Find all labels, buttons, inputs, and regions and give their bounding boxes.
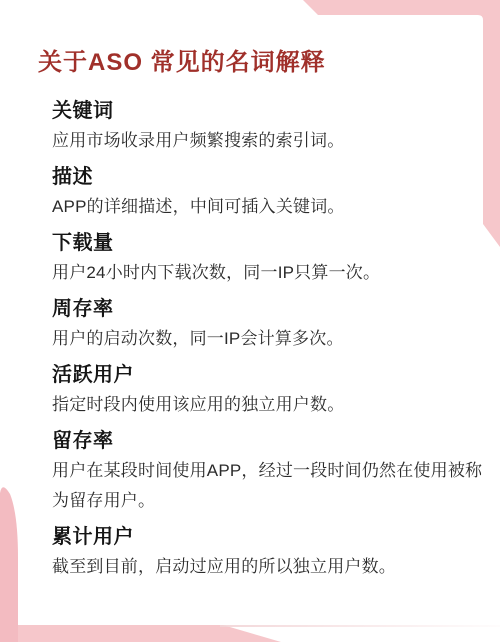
term-heading: 周存率 [52,294,486,324]
term-heading: 活跃用户 [52,360,486,390]
term-heading: 关键词 [52,96,486,126]
term-definition: 指定时段内使用该应用的独立用户数。 [52,390,486,420]
infographic-card: 关于ASO 常见的名词解释 关键词 应用市场收录用户频繁搜索的索引词。 描述 A… [0,0,500,642]
glossary-item: 周存率 用户的启动次数，同一IP会计算多次。 [52,294,486,354]
glossary-item: 累计用户 截至到目前，启动过应用的所以独立用户数。 [52,522,486,582]
term-definition: 用户24小时内下载次数，同一IP只算一次。 [52,258,486,288]
glossary-list: 关键词 应用市场收录用户频繁搜索的索引词。 描述 APP的详细描述，中间可插入关… [52,90,486,582]
term-heading: 留存率 [52,426,486,456]
bottom-band-shape [0,625,281,642]
term-heading: 累计用户 [52,522,486,552]
page-title: 关于ASO 常见的名词解释 [38,42,326,77]
glossary-item: 关键词 应用市场收录用户频繁搜索的索引词。 [52,96,486,156]
term-definition: 用户的启动次数，同一IP会计算多次。 [52,324,486,354]
card-bottom-edge [220,625,500,627]
term-heading: 描述 [52,162,486,192]
glossary-item: 下载量 用户24小时内下载次数，同一IP只算一次。 [52,228,486,288]
term-definition: 截至到目前，启动过应用的所以独立用户数。 [52,552,486,582]
term-definition: APP的详细描述，中间可插入关键词。 [52,192,486,222]
glossary-item: 活跃用户 指定时段内使用该应用的独立用户数。 [52,360,486,420]
left-wedge-shape [0,487,18,642]
term-definition: 应用市场收录用户频繁搜索的索引词。 [52,126,486,156]
term-heading: 下载量 [52,228,486,258]
glossary-item: 留存率 用户在某段时间使用APP，经过一段时间仍然在使用被称 为留存用户。 [52,426,486,516]
term-definition: 用户在某段时间使用APP，经过一段时间仍然在使用被称 为留存用户。 [52,456,486,516]
glossary-item: 描述 APP的详细描述，中间可插入关键词。 [52,162,486,222]
